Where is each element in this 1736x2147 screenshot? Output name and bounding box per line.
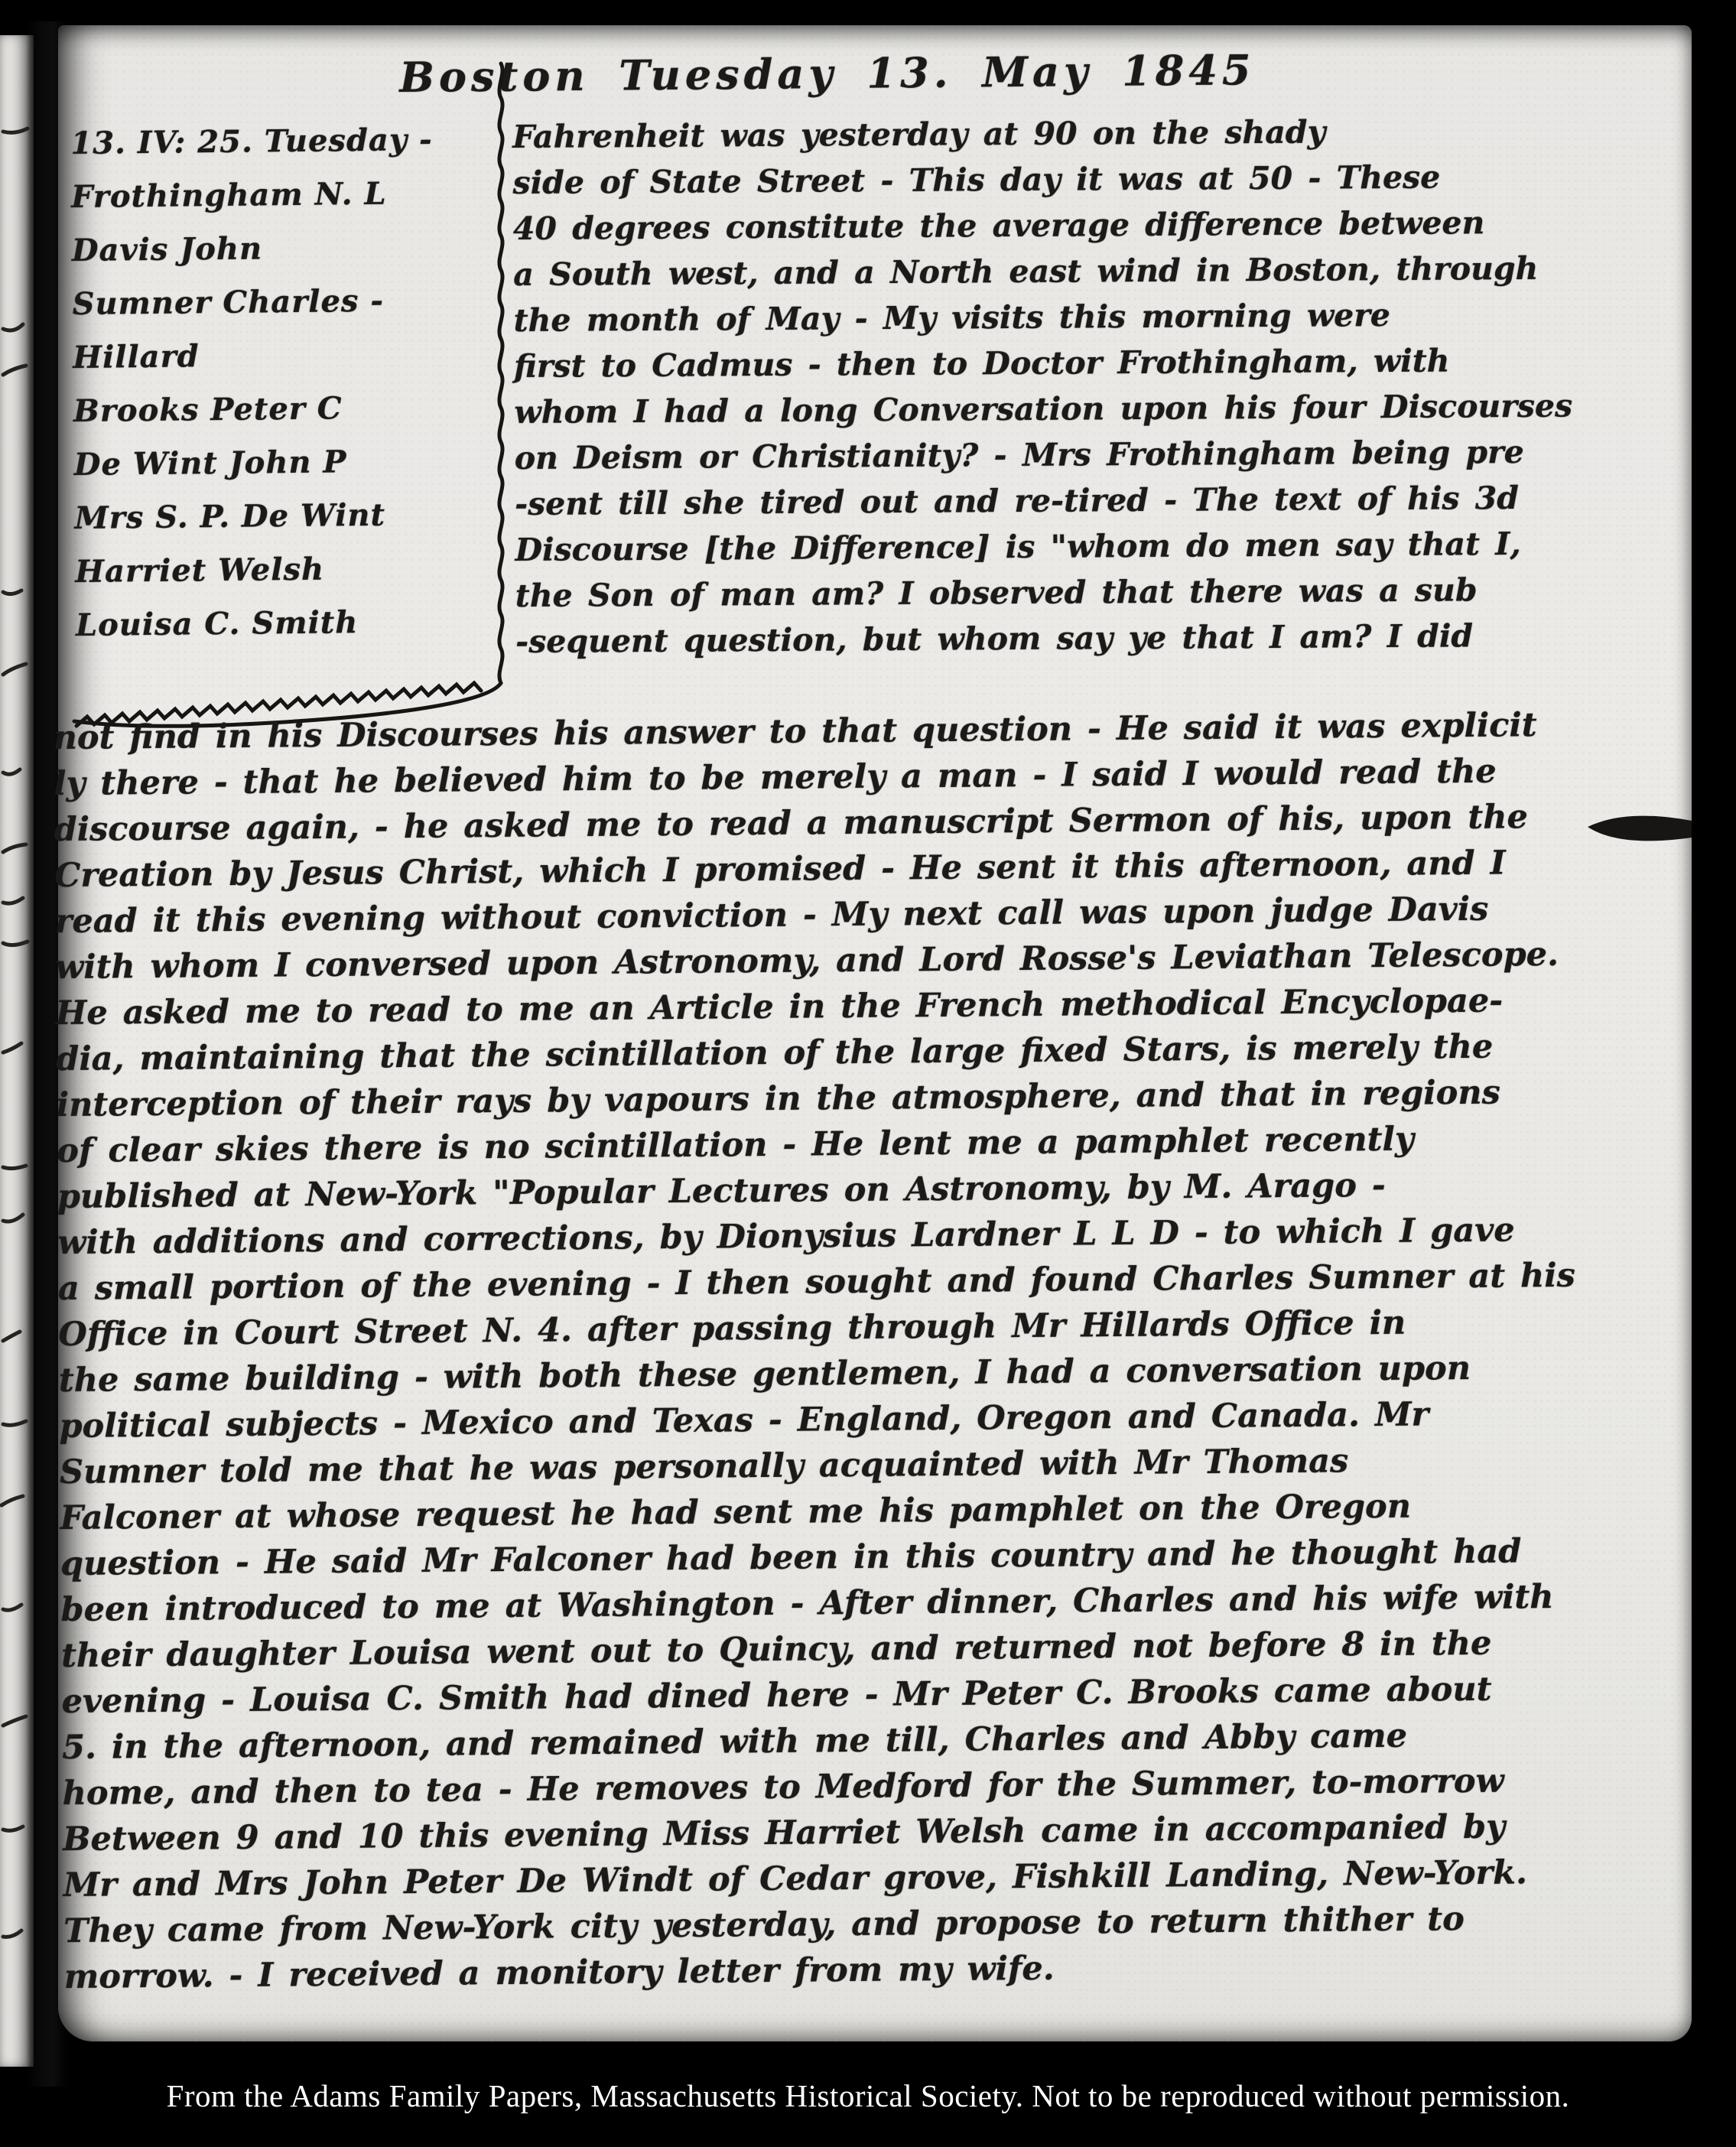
margin-name: Hillard [73, 327, 435, 385]
entry-body: not find in his Discourses his answer to… [53, 701, 1678, 2000]
margin-name: De Wint John P [73, 434, 436, 492]
manuscript-line: the Son of man am? I observed that there… [515, 566, 1663, 619]
margin-name: Davis John [71, 220, 434, 278]
margin-name-list: 13. IV: 25. Tuesday -Frothingham N. LDav… [70, 113, 438, 652]
manuscript-line: first to Cadmus - then to Doctor Frothin… [514, 337, 1661, 389]
entry-header: Boston Tuesday 13. May 1845 [399, 45, 1256, 102]
manuscript-line: -sequent question, but whom say ye that … [515, 612, 1663, 665]
scanned-diary-screenshot: { "page": { "header": "Boston Tuesday 13… [0, 0, 1736, 2147]
archive-caption-text: From the Adams Family Papers, Massachuse… [167, 2078, 1570, 2113]
margin-name: Harriet Welsh [75, 542, 437, 599]
manuscript-line: on Deism or Christianity? - Mrs Frothing… [515, 428, 1662, 481]
entry-first-column: Fahrenheit was yesterday at 90 on the sh… [512, 107, 1663, 665]
manuscript-line: Fahrenheit was yesterday at 90 on the sh… [512, 107, 1660, 160]
margin-name: 13. IV: 25. Tuesday - [70, 113, 433, 171]
margin-name: Louisa C. Smith [76, 595, 438, 652]
manuscript-line: -sent till she tired out and re-tired - … [515, 474, 1662, 527]
margin-name: Mrs S. P. De Wint [74, 488, 437, 545]
diary-page: Boston Tuesday 13. May 1845 13. IV: 25. … [58, 25, 1692, 2041]
manuscript-line: whom I had a long Conversation upon his … [514, 382, 1661, 435]
manuscript-line: Discourse [the Difference] is "whom do m… [515, 520, 1662, 573]
archive-caption: From the Adams Family Papers, Massachuse… [0, 2077, 1736, 2114]
scan-stage: Boston Tuesday 13. May 1845 13. IV: 25. … [0, 0, 1736, 2147]
manuscript-line: the month of May - My visits this mornin… [513, 291, 1660, 343]
margin-name: Frothingham N. L [71, 167, 434, 224]
manuscript-line: a South west, and a North east wind in B… [513, 245, 1660, 298]
manuscript-line: 40 degrees constitute the average differ… [513, 199, 1660, 252]
margin-name: Brooks Peter C [73, 381, 436, 438]
margin-name: Sumner Charles - [72, 274, 434, 331]
manuscript-line: side of State Street - This day it was a… [512, 153, 1660, 206]
